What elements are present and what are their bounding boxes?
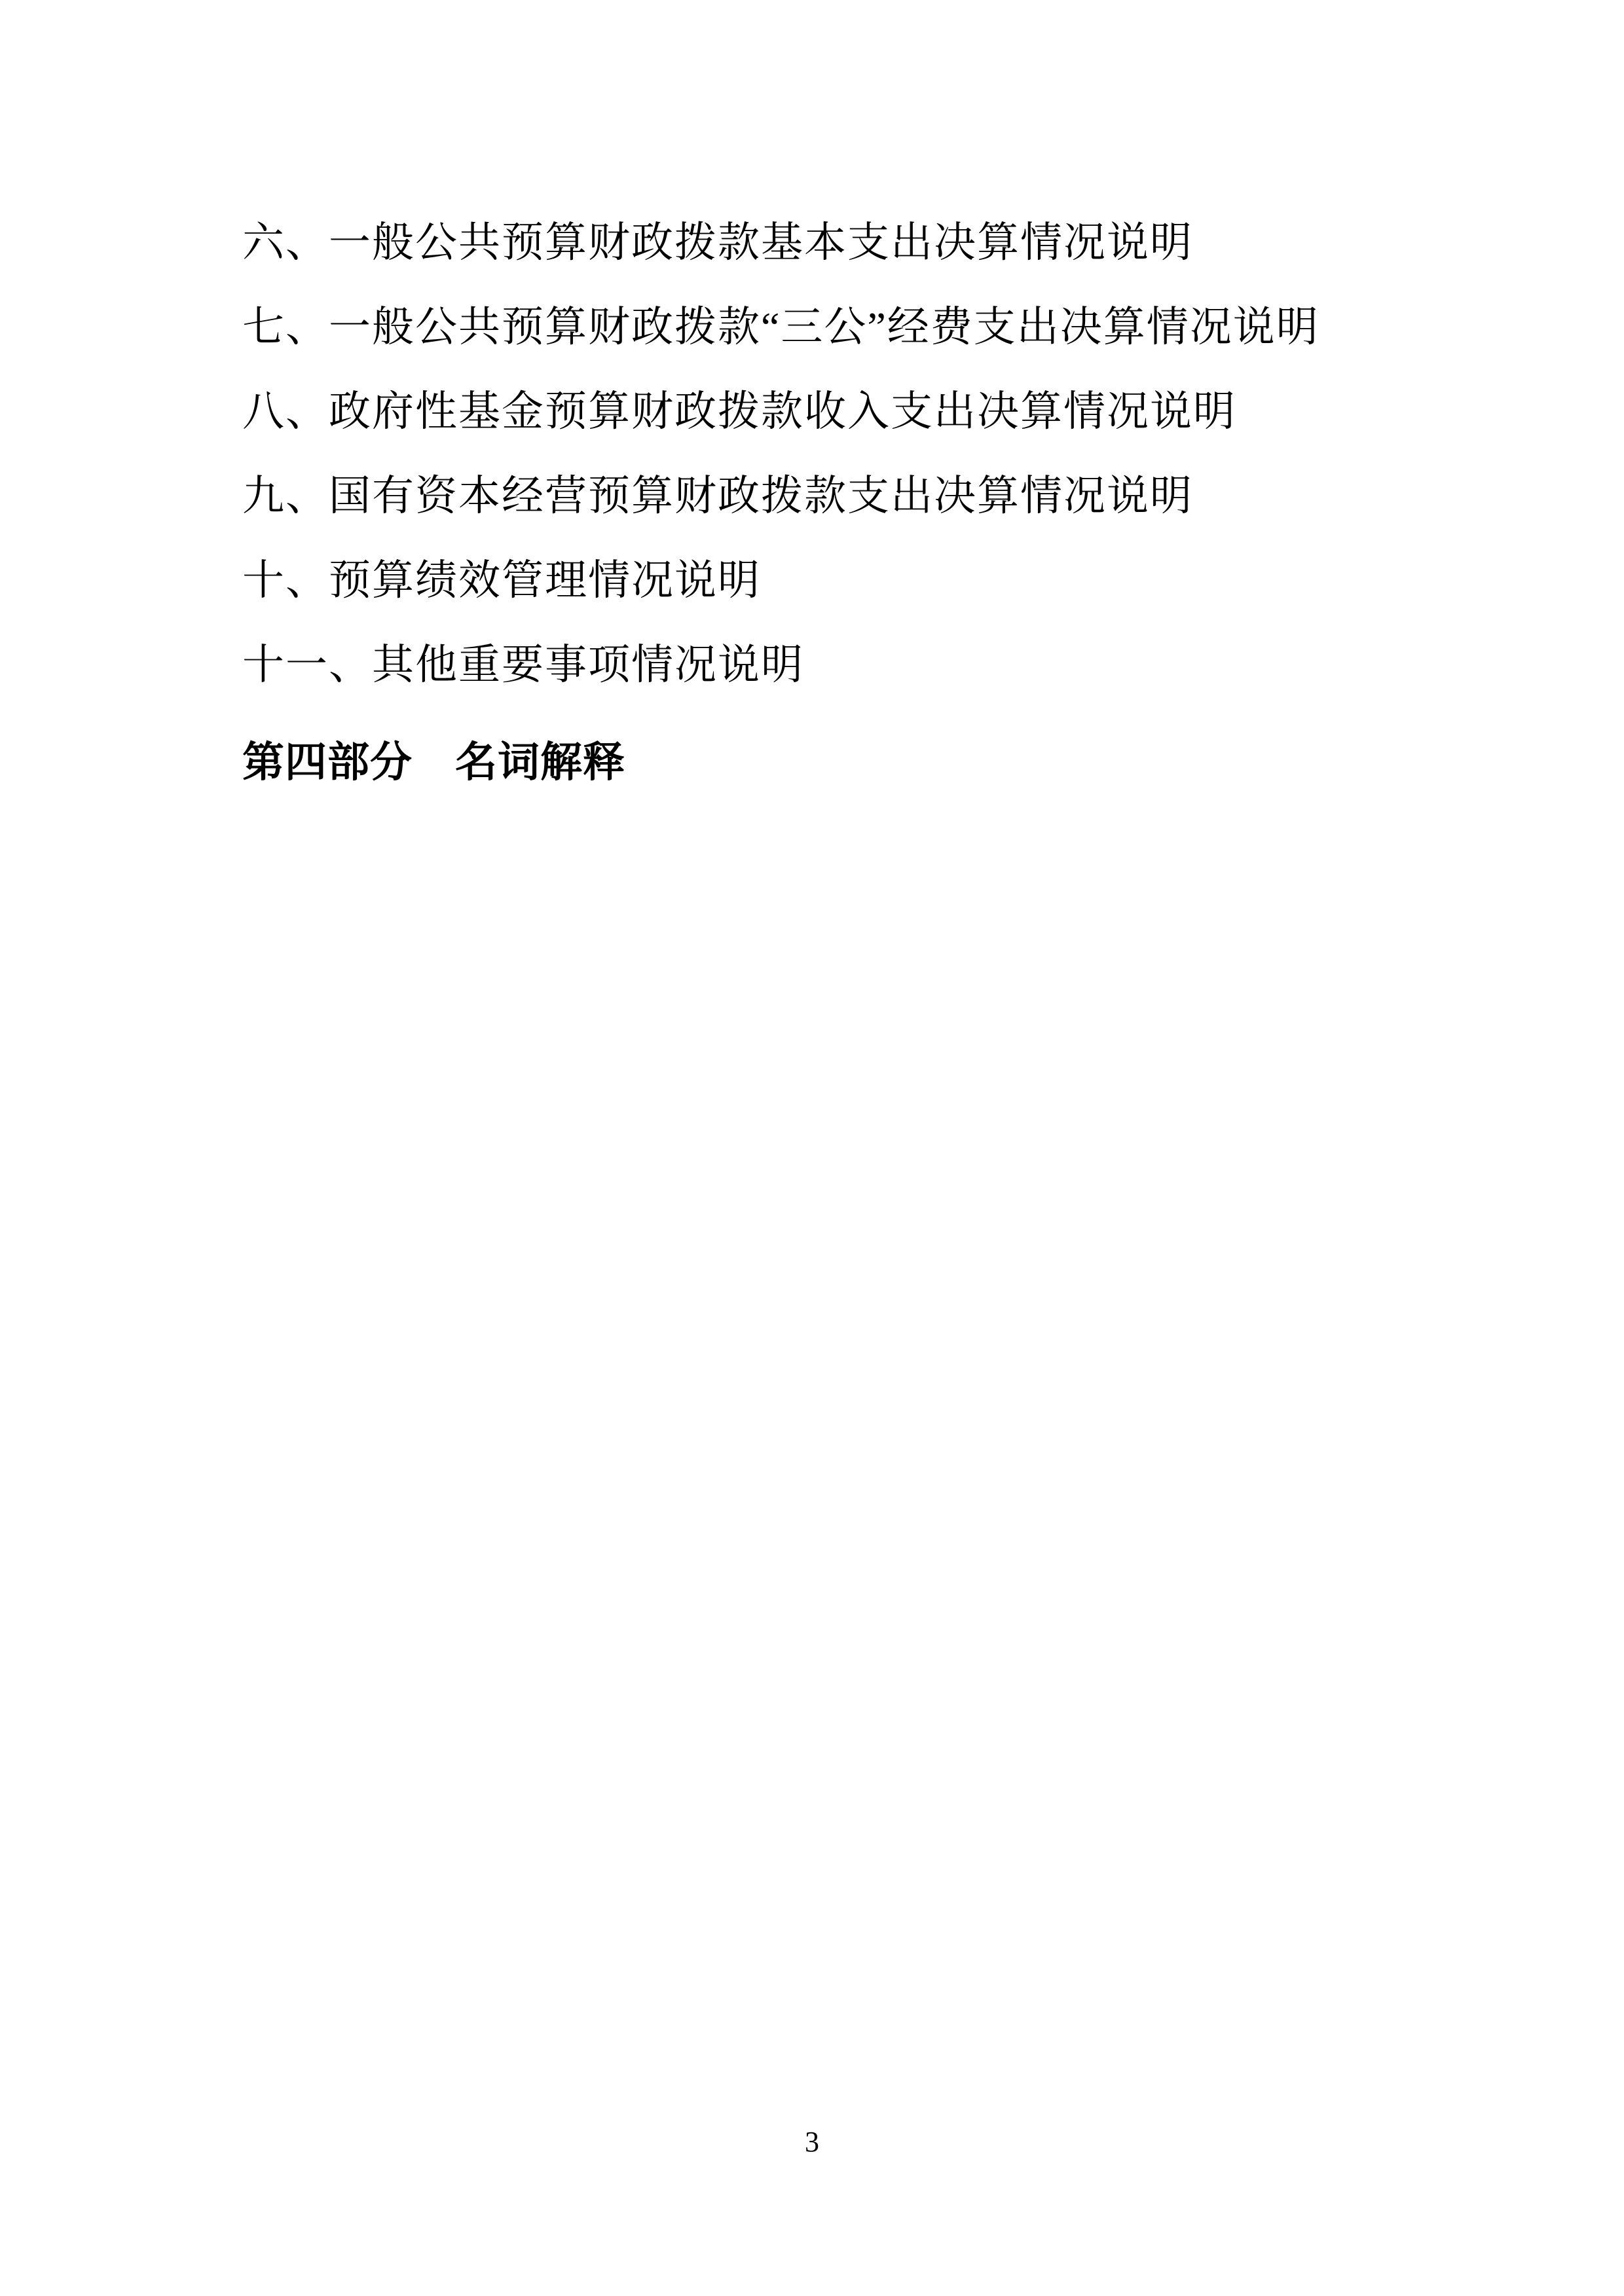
page-number: 3 xyxy=(0,2126,1624,2158)
document-page: 六、一般公共预算财政拨款基本支出决算情况说明 七、一般公共预算财政拨款“三公”经… xyxy=(0,0,1624,2296)
toc-item-9: 九、国有资本经营预算财政拨款支出决算情况说明 xyxy=(242,454,1319,538)
toc-item-6: 六、一般公共预算财政拨款基本支出决算情况说明 xyxy=(242,200,1319,285)
toc-item-8: 八、政府性基金预算财政拨款收入支出决算情况说明 xyxy=(242,369,1319,454)
toc-item-10: 十、预算绩效管理情况说明 xyxy=(242,538,1319,623)
table-of-contents: 六、一般公共预算财政拨款基本支出决算情况说明 七、一般公共预算财政拨款“三公”经… xyxy=(242,200,1319,805)
toc-item-11: 十一、其他重要事项情况说明 xyxy=(242,623,1319,707)
section-heading: 第四部分 名词解释 xyxy=(242,720,1319,805)
toc-item-7: 七、一般公共预算财政拨款“三公”经费支出决算情况说明 xyxy=(242,285,1319,369)
